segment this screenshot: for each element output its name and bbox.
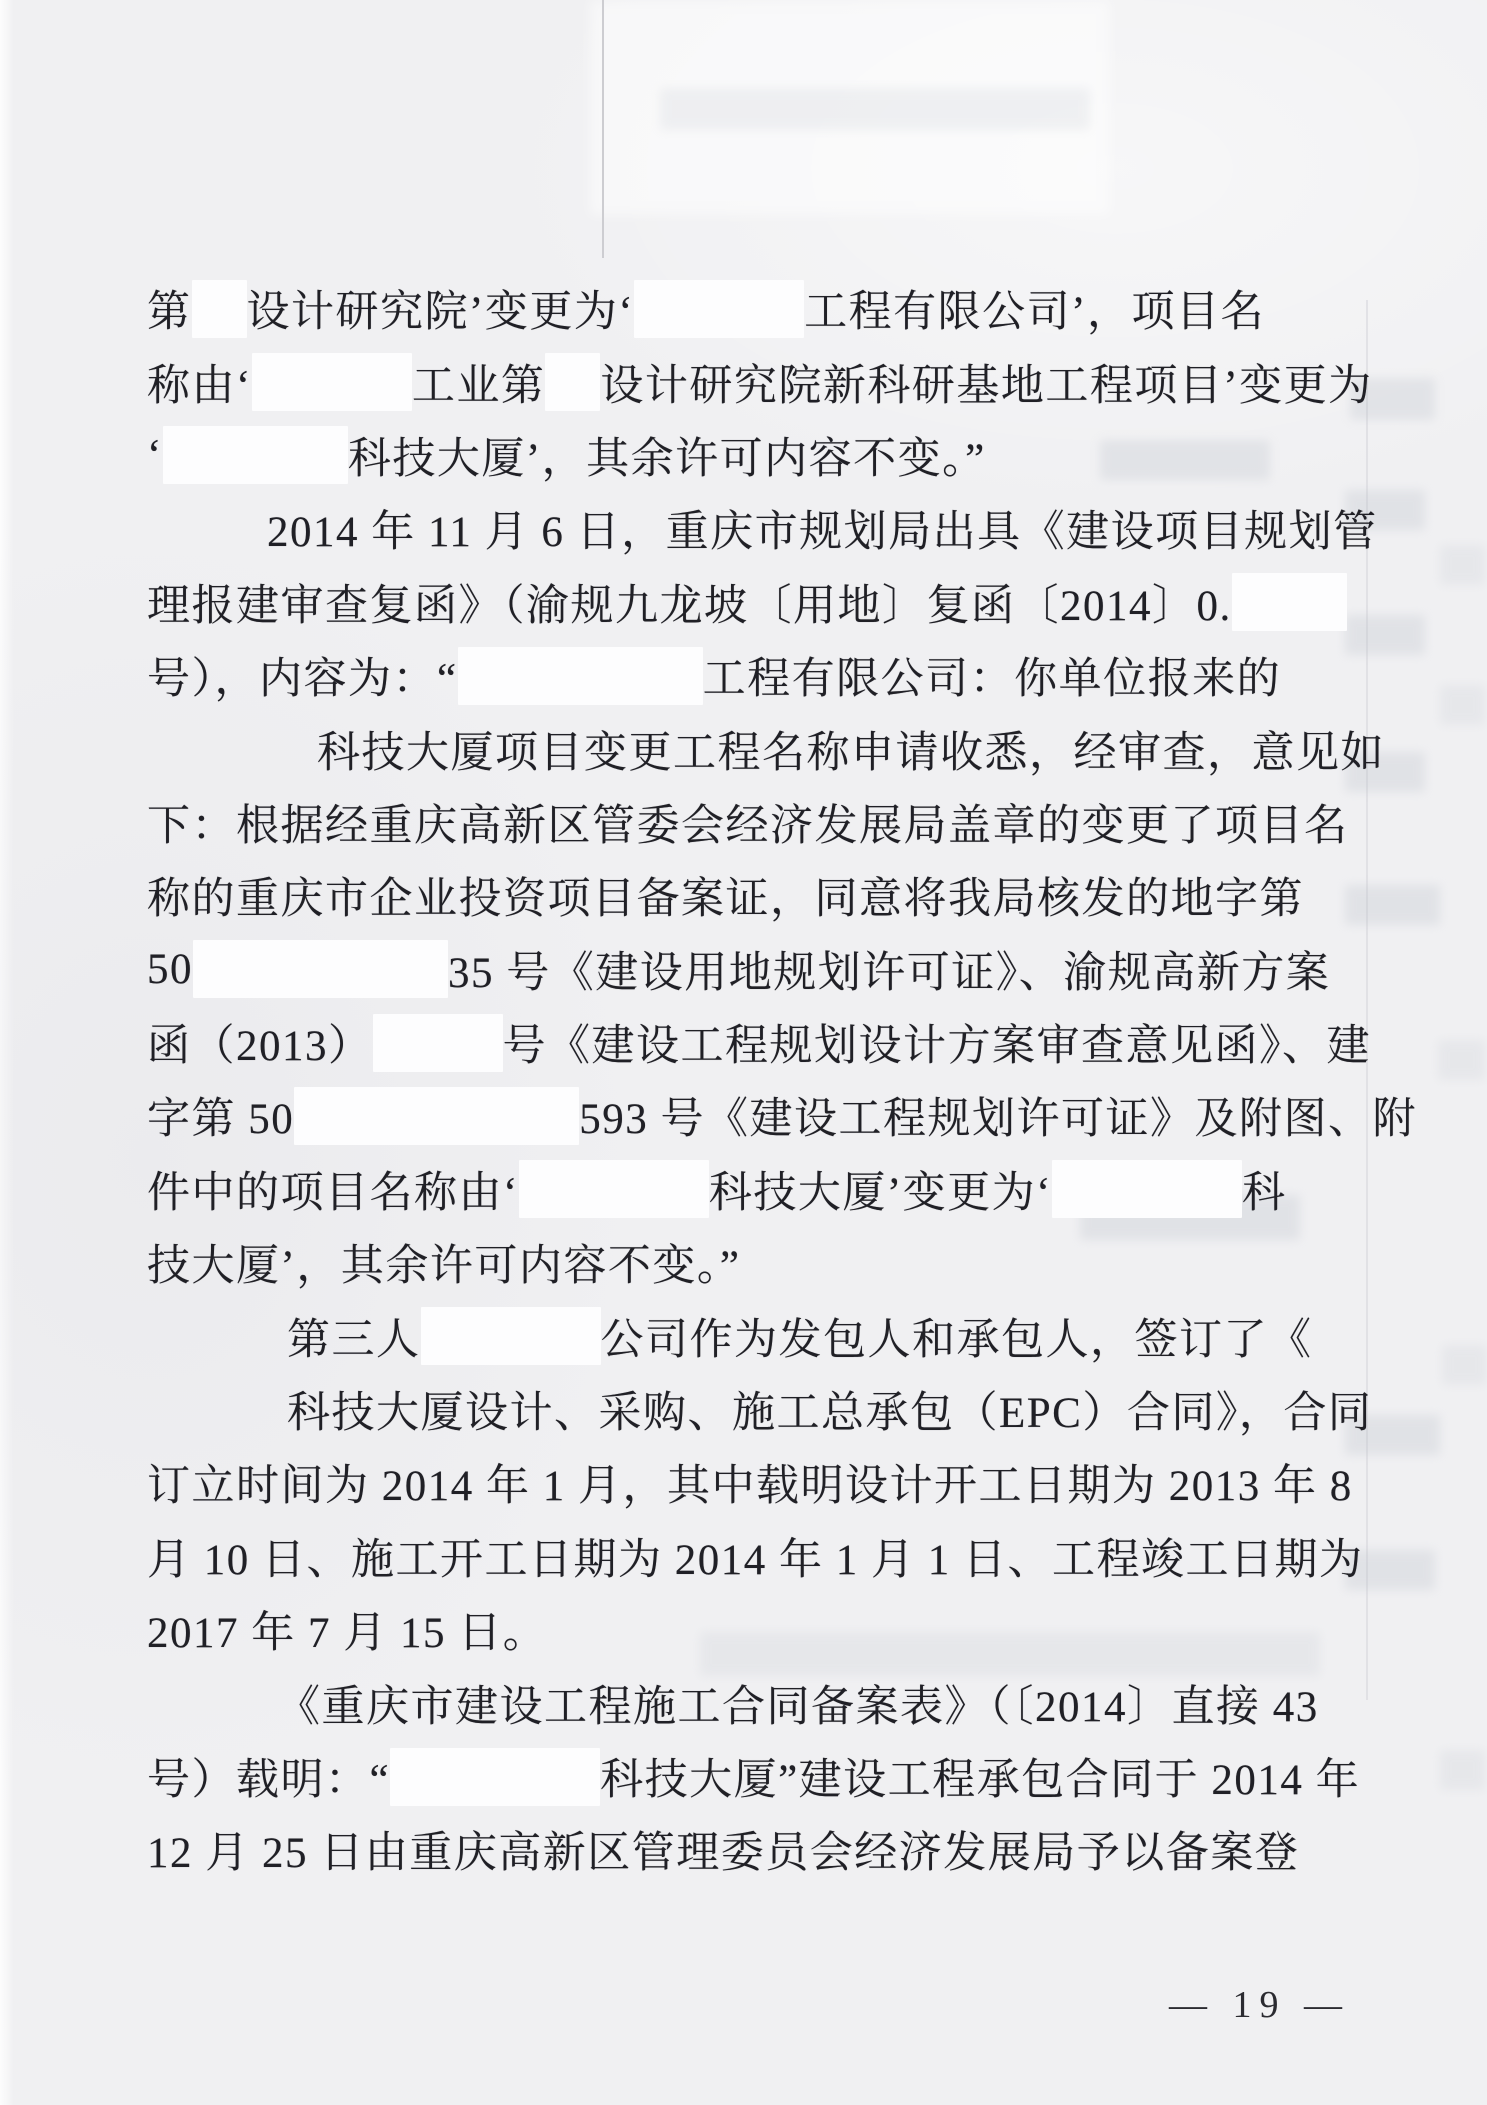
scan-fold-line — [602, 0, 604, 258]
text-line: 《重庆市建设工程施工合同备案表》（〔2014〕直接 43 — [147, 1666, 1372, 1739]
bleedthrough-mark — [1438, 1040, 1485, 1080]
text-segment: 订立时间为 2014 年 1 月，其中载明设计开工日期为 2013 年 8 — [147, 1452, 1353, 1513]
redaction-box — [458, 647, 703, 705]
text-line: 称的重庆市企业投资项目备案证，同意将我局核发的地字第 — [147, 859, 1372, 932]
redaction-box — [545, 353, 600, 411]
redaction-box — [192, 280, 247, 338]
text-segment: 工程有限公司’，项目名 — [804, 278, 1265, 339]
text-line: 2014 年 11 月 6 日，重庆市规划局出具《建设项目规划管 — [147, 492, 1372, 565]
text-segment: 技大厦’，其余许可内容不变。” — [147, 1232, 740, 1293]
text-segment: 设计研究院新科研基地工程项目’变更为 — [600, 352, 1372, 413]
redaction-box — [634, 280, 804, 338]
text-line: 5035 号《建设用地规划许可证》、渝规高新方案 — [147, 933, 1372, 1006]
redaction-box — [390, 1748, 600, 1806]
text-segment: 593 号《建设工程规划许可证》及附图、附 — [579, 1085, 1417, 1146]
text-segment: 公司作为发包人和承包人，签订了《 — [601, 1306, 1313, 1367]
text-line: 订立时间为 2014 年 1 月，其中载明设计开工日期为 2013 年 8 — [147, 1446, 1372, 1519]
text-segment: ‘ — [147, 431, 163, 480]
redaction-box — [294, 1087, 579, 1145]
text-segment: 称的重庆市企业投资项目备案证，同意将我局核发的地字第 — [147, 865, 1304, 926]
paragraph-indent — [147, 748, 317, 750]
text-segment: 科技大厦’，其余许可内容不变。” — [348, 425, 986, 486]
document-body: 第设计研究院’变更为‘工程有限公司’，项目名称由‘工业第设计研究院新科研基地工程… — [147, 272, 1372, 1887]
text-segment: 号《建设工程规划设计方案审查意见函》、建 — [503, 1012, 1372, 1073]
text-segment: 工程有限公司：你单位报来的 — [703, 645, 1282, 706]
text-line: 字第 50593 号《建设工程规划许可证》及附图、附 — [147, 1079, 1372, 1152]
redaction-box — [163, 426, 348, 484]
redaction-box — [1052, 1160, 1242, 1218]
text-line: 2017 年 7 月 15 日。 — [147, 1593, 1372, 1666]
text-segment: 第三人 — [287, 1306, 421, 1367]
paragraph-indent — [147, 1409, 287, 1411]
text-segment: 科技大厦设计、采购、施工总承包（EPC）合同》，合同 — [287, 1379, 1372, 1440]
text-segment: 35 号《建设用地规划许可证》、渝规高新方案 — [448, 939, 1330, 1000]
text-line: 函（2013）号《建设工程规划设计方案审查意见函》、建 — [147, 1006, 1372, 1079]
text-line: 科技大厦设计、采购、施工总承包（EPC）合同》，合同 — [147, 1373, 1372, 1446]
text-line: 号）载明：“科技大厦”建设工程承包合同于 2014 年 — [147, 1740, 1372, 1813]
text-segment: 50 — [147, 945, 193, 994]
text-segment: 号）载明：“ — [147, 1746, 390, 1807]
text-segment: 工业第 — [412, 352, 546, 413]
text-segment: 2017 年 7 月 15 日。 — [147, 1599, 547, 1660]
text-segment: 科技大厦’变更为‘ — [709, 1159, 1052, 1220]
redaction-box — [1232, 573, 1347, 631]
bleedthrough-mark — [1440, 685, 1485, 725]
bleedthrough-mark — [1442, 1345, 1487, 1385]
text-segment: 号），内容为：“ — [147, 645, 458, 706]
text-line: 件中的项目名称由‘科技大厦’变更为‘科 — [147, 1153, 1372, 1226]
text-segment: 第 — [147, 278, 192, 339]
bleedthrough-mark — [660, 88, 1090, 130]
redaction-box — [193, 940, 448, 998]
text-line: 第三人公司作为发包人和承包人，签订了《 — [147, 1299, 1372, 1372]
redaction-box — [421, 1307, 601, 1365]
text-line: 科技大厦项目变更工程名称申请收悉，经审查，意见如 — [147, 712, 1372, 785]
text-segment: 函（2013） — [147, 1012, 373, 1073]
text-line: 号），内容为：“工程有限公司：你单位报来的 — [147, 639, 1372, 712]
bleedthrough-mark — [1440, 545, 1485, 585]
text-segment: 称由‘ — [147, 352, 252, 413]
redaction-box — [373, 1014, 503, 1072]
text-segment: 科 — [1242, 1159, 1287, 1220]
text-line: 月 10 日、施工开工日期为 2014 年 1 月 1 日、工程竣工日期为 — [147, 1520, 1372, 1593]
text-line: 第设计研究院’变更为‘工程有限公司’，项目名 — [147, 272, 1372, 345]
paragraph-indent — [147, 1335, 287, 1337]
page-number: — 19 — — [1169, 1983, 1350, 2027]
text-line: 称由‘工业第设计研究院新科研基地工程项目’变更为 — [147, 345, 1372, 418]
text-segment: 2014 年 11 月 6 日，重庆市规划局出具《建设项目规划管 — [267, 498, 1378, 559]
text-segment: 科技大厦项目变更工程名称申请收悉，经审查，意见如 — [317, 719, 1385, 780]
text-line: 技大厦’，其余许可内容不变。” — [147, 1226, 1372, 1299]
text-segment: 《重庆市建设工程施工合同备案表》（〔2014〕直接 43 — [277, 1673, 1319, 1734]
text-line: 下：根据经重庆高新区管委会经济发展局盖章的变更了项目名 — [147, 786, 1372, 859]
text-segment: 理报建审查复函》（渝规九龙坡〔用地〕复函〔2014〕0. — [147, 572, 1232, 633]
text-segment: 件中的项目名称由‘ — [147, 1159, 519, 1220]
text-segment: 12 月 25 日由重庆高新区管理委员会经济发展局予以备案登 — [147, 1819, 1299, 1880]
text-line: ‘科技大厦’，其余许可内容不变。” — [147, 419, 1372, 492]
scanned-document-page: 第设计研究院’变更为‘工程有限公司’，项目名称由‘工业第设计研究院新科研基地工程… — [0, 0, 1487, 2105]
redaction-box — [252, 353, 412, 411]
text-segment: 下：根据经重庆高新区管委会经济发展局盖章的变更了项目名 — [147, 792, 1349, 853]
text-segment: 月 10 日、施工开工日期为 2014 年 1 月 1 日、工程竣工日期为 — [147, 1526, 1364, 1587]
paragraph-indent — [147, 528, 267, 530]
text-segment: 科技大厦”建设工程承包合同于 2014 年 — [600, 1746, 1360, 1807]
paragraph-indent — [147, 1702, 277, 1704]
text-segment: 设计研究院’变更为‘ — [247, 278, 635, 339]
text-line: 理报建审查复函》（渝规九龙坡〔用地〕复函〔2014〕0. — [147, 566, 1372, 639]
bleedthrough-mark — [1440, 1750, 1485, 1790]
text-line: 12 月 25 日由重庆高新区管理委员会经济发展局予以备案登 — [147, 1813, 1372, 1886]
redaction-box — [519, 1160, 709, 1218]
text-segment: 字第 50 — [147, 1085, 294, 1146]
